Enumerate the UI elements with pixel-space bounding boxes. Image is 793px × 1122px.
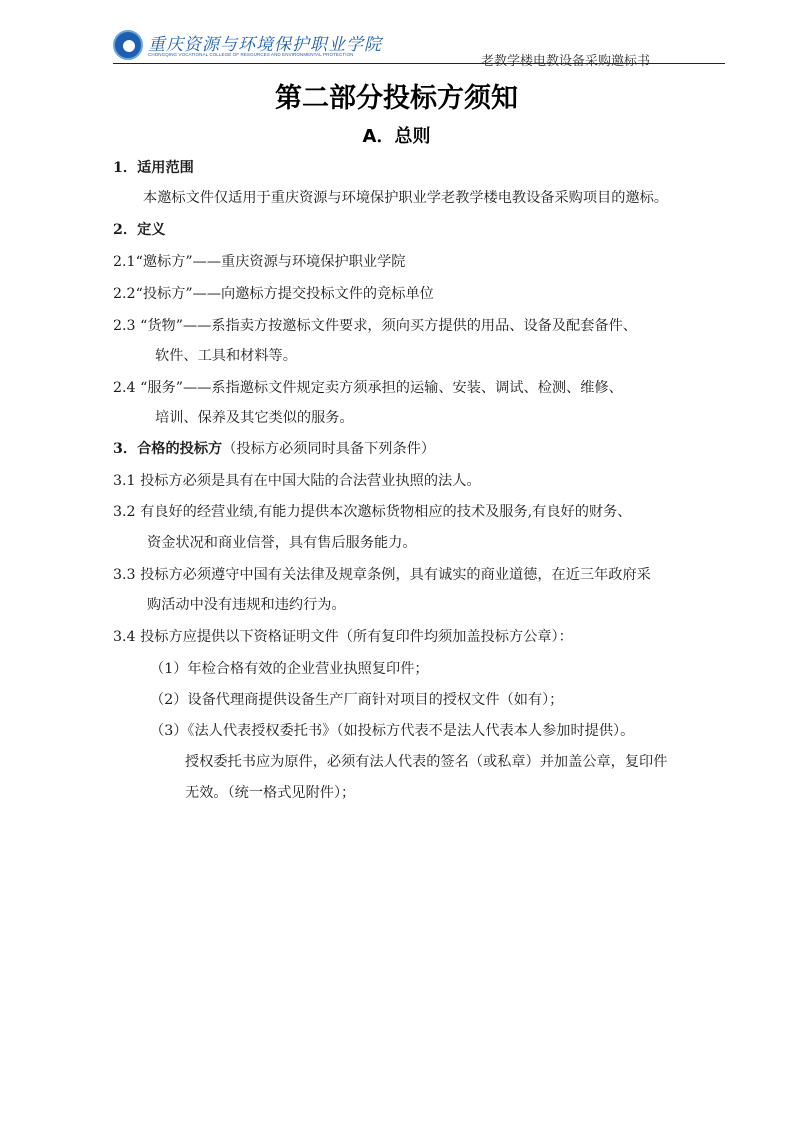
requirement-item: 3.1 投标方必须是具有在中国大陆的合法营业执照的法人。 [113,471,481,491]
document-item-cont: 无效。（统一格式见附件）； [185,783,355,803]
requirement-item-cont: 购活动中没有违规和违约行为。 [147,595,346,615]
requirement-item-cont: 资金状况和商业信誉，具有售后服务能力。 [147,533,417,553]
paragraph: 本邀标文件仅适用于重庆资源与环境保护职业学老教学楼电教设备采购项目的邀标。 [143,188,668,208]
document-item: （2）设备代理商提供设备生产厂商针对项目的授权文件（如有）； [150,690,563,710]
definition-item: 2.3 “货物”——系指卖方按邀标文件要求，须向买方提供的用品、设备及配套备件、 [113,316,637,336]
definition-item: 2.1“邀标方”——重庆资源与环境保护职业学院 [113,252,405,272]
requirement-item: 3.2 有良好的经营业绩,有能力提供本次邀标货物相应的技术及服务,有良好的财务、 [113,502,631,522]
definition-item-cont: 培训、保养及其它类似的服务。 [155,408,354,428]
document-item: （1）年检合格有效的企业营业执照复印件； [150,659,429,679]
definition-item: 2.4 “服务”——系指邀标文件规定卖方须承担的运输、安装、调试、检测、维修、 [113,378,623,398]
header-divider [113,63,725,64]
heading-scope: 1．适用范围 [113,158,194,178]
definition-item: 2.2“投标方”——向邀标方提交投标文件的竞标单位 [113,284,434,304]
school-name-english: CHONGQING VOCATIONAL COLLEGE OF RESOURCE… [148,52,354,57]
heading-definitions: 2．定义 [113,220,165,240]
definition-item-cont: 软件、工具和材料等。 [155,346,297,366]
document-item: （3）《法人代表授权委托书》（如投标方代表不是法人代表本人参加时提供）。 [150,721,634,741]
page-title: 第二部分投标方须知 [0,76,793,115]
school-logo-icon [113,30,143,60]
requirement-item: 3.4 投标方应提供以下资格证明文件（所有复印件均须加盖投标方公章）： [113,627,573,647]
document-item-cont: 授权委托书应为原件，必须有法人代表的签名（或私章）并加盖公章，复印件 [185,752,667,772]
heading-qualified-bidder: 3．合格的投标方（投标方必须同时具备下列条件） [113,439,435,459]
section-title: A．总则 [0,122,793,148]
page-header: 重庆资源与环境保护职业学院 CHONGQING VOCATIONAL COLLE… [0,0,793,70]
requirement-item: 3.3 投标方必须遵守中国有关法律及规章条例，具有诚实的商业道德，在近三年政府采 [113,565,651,585]
header-document-title: 老教学楼电教设备采购邀标书 [481,50,650,69]
